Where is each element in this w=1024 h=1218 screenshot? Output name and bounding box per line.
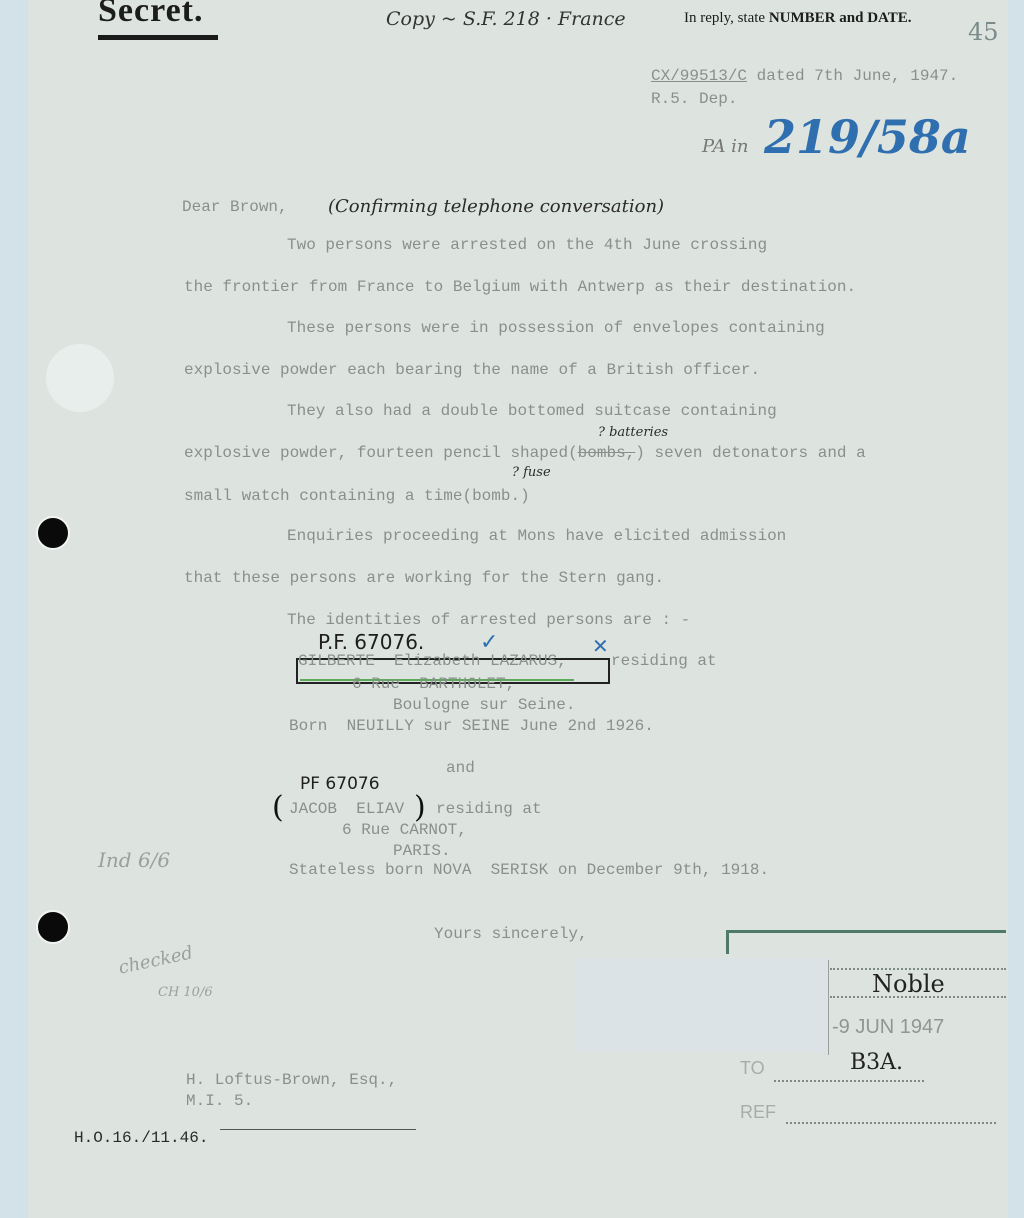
margin-note-confirming: (Confirming telephone conversation) [328, 196, 664, 217]
paragraph-3-line-3: small watch containing a time(bomb.) [184, 487, 530, 505]
person-2-residing: residing at [436, 800, 542, 818]
cross-mark-icon: ✕ [592, 634, 609, 658]
person-2-address-2: PARIS. [393, 842, 451, 860]
paragraph-5-line-1: The identities of arrested persons are :… [287, 611, 690, 629]
reference-line: CX/99513/C dated 7th June, 1947. [651, 67, 958, 85]
closing: Yours sincerely, [434, 925, 588, 943]
stamp-date: -9 JUN 1947 [832, 1016, 944, 1039]
paragraph-1-line-2: the frontier from France to Belgium with… [184, 278, 856, 296]
paragraph-3-line-1: They also had a double bottomed suitcase… [287, 402, 777, 420]
copy-annotation: Copy ~ S.F. 218 · France [386, 8, 626, 30]
recipient-org: M.I. 5. [186, 1092, 253, 1110]
person-1-pf-annotation: P.F. 67076. [318, 630, 424, 654]
paragraph-3-line-2: explosive powder, fourteen pencil shaped… [184, 444, 866, 462]
paragraph-1-line-1: Two persons were arrested on the 4th Jun… [287, 236, 767, 254]
person-2-born: Stateless born NOVA SERISK on December 9… [289, 861, 769, 879]
paragraph-4-line-1: Enquiries proceeding at Mons have elicit… [287, 527, 786, 545]
page-number-annotation: 45 [968, 18, 999, 46]
stamp-ref-line [786, 1122, 996, 1124]
reference-number: CX/99513/C [651, 67, 747, 85]
person-1-name: GILBERTE Elizabeth LAZARUS, [298, 652, 567, 670]
punch-hole-top [36, 516, 70, 550]
classification-heading: Secret. [98, 0, 203, 30]
form-number: H.O.16./11.46. [74, 1129, 208, 1147]
paragraph-2-line-2: explosive powder each bearing the name o… [184, 361, 760, 379]
reply-instruction-prefix: In reply, state [684, 10, 769, 26]
paragraph-3-line-3-text: small watch containing a time [184, 487, 462, 505]
salutation: Dear Brown, [182, 198, 288, 216]
open-bracket-mark: ( [272, 790, 284, 825]
paragraph-4-line-2: that these persons are working for the S… [184, 569, 664, 587]
reply-instruction: In reply, state NUMBER and DATE. [684, 10, 912, 27]
stamp-to-value: B3A. [850, 1050, 903, 1075]
person-2-address-1: 6 Rue CARNOT, [342, 821, 467, 839]
margin-note-initials-date: Ind 6/6 [98, 848, 170, 872]
person-1-born: Born NEUILLY sur SEINE June 2nd 1926. [289, 717, 654, 735]
stamp-initials: Noble [872, 970, 945, 998]
person-1-residing: residing at [611, 652, 717, 670]
reference-date: dated 7th June, 1947. [747, 67, 958, 85]
stamp-ref-label: REF [740, 1102, 776, 1123]
stamp-to-line [774, 1080, 924, 1082]
reference-department: R.5. Dep. [651, 90, 737, 108]
file-annotation-prefix: PA in [702, 136, 749, 157]
person-2-name: JACOB ELIAV [289, 800, 404, 818]
classification-underline [98, 35, 218, 40]
time-word: bomb. [472, 487, 520, 505]
paragraph-3-line-2-end: seven detonators and a [654, 444, 865, 462]
person-1-address-1: 6 Rue BARTHOLET, [352, 675, 515, 693]
struck-word: bombs, [578, 444, 636, 462]
correction-batteries: ? batteries [598, 425, 668, 440]
file-annotation: 219/58a [764, 110, 971, 164]
footer-rule [220, 1129, 416, 1130]
reply-instruction-bold: NUMBER and DATE. [769, 10, 912, 26]
stamp-inner-divider [828, 960, 829, 1055]
stamp-top-border [726, 930, 1006, 933]
hole-reinforcement [46, 344, 114, 412]
correction-fuse: ? fuse [512, 465, 551, 480]
person-1-address-2: Boulogne sur Seine. [393, 696, 575, 714]
stamp-to-label: TO [740, 1058, 765, 1079]
receipt-stamp: Noble -9 JUN 1947 TO B3A. REF [726, 930, 1006, 1120]
punch-hole-bottom [36, 910, 70, 944]
person-2-pf-annotation: PF 67076 [300, 774, 380, 794]
stamp-left-border [726, 930, 729, 954]
close-bracket-mark: ) [414, 790, 426, 825]
recipient-name: H. Loftus-Brown, Esq., [186, 1071, 397, 1089]
paragraph-3-line-2-text: explosive powder, fourteen pencil shaped [184, 444, 568, 462]
conjunction-and: and [446, 759, 475, 777]
margin-note-checked-date: CH 10/6 [158, 985, 213, 1000]
paragraph-2-line-1: These persons were in possession of enve… [287, 319, 825, 337]
